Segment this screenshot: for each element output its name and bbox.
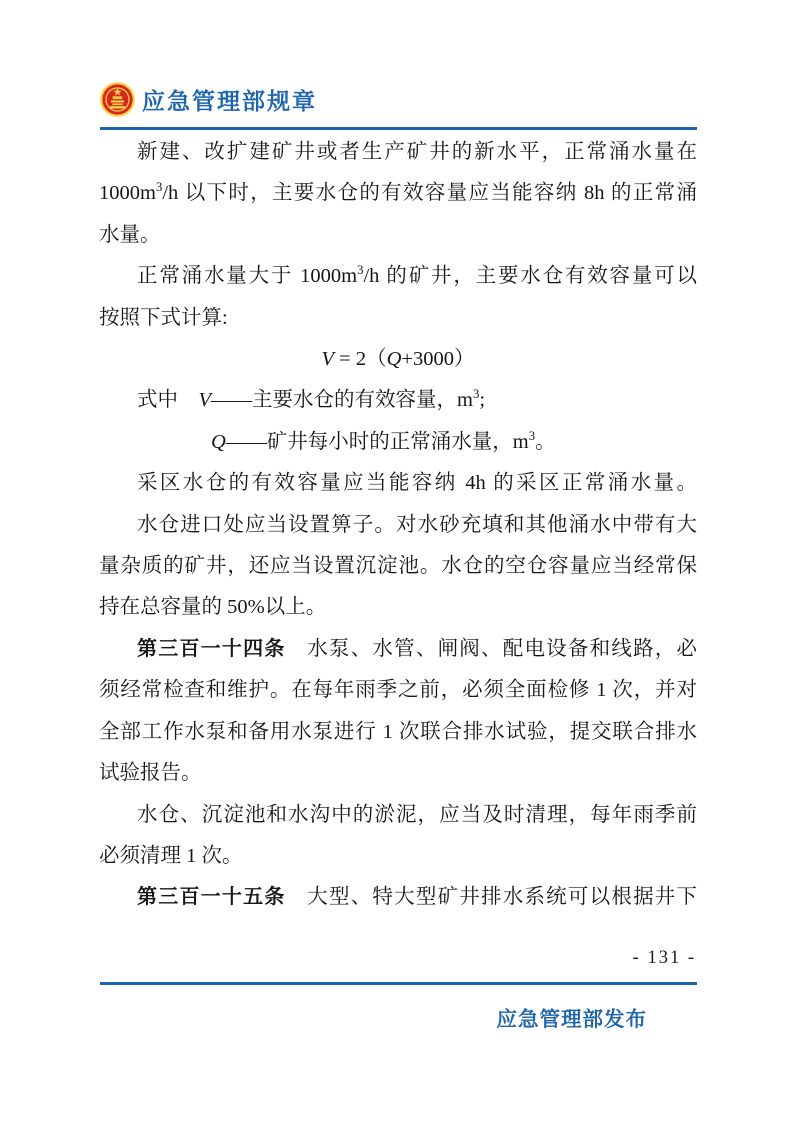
national-emblem-icon bbox=[100, 82, 135, 117]
body-lines: 新建、改扩建矿井或者生产矿井的新水平，正常涌水量在1000m3/h 以下时，主要… bbox=[99, 132, 697, 919]
body-line: 1000m3/h 以下时，主要水仓的有效容量应当能容纳 8h 的正常涌 bbox=[99, 173, 697, 214]
footer-divider-line bbox=[100, 982, 697, 985]
body-line: 须经常检查和维护。在每年雨季之前，必须全面检修 1 次，并对 bbox=[99, 670, 697, 711]
header-title: 应急管理部规章 bbox=[142, 83, 317, 116]
body-line: 第三百一十五条 大型、特大型矿井排水系统可以根据井下 bbox=[99, 877, 697, 918]
body-line: 持在总容量的 50%以上。 bbox=[99, 587, 697, 628]
body-line: 新建、改扩建矿井或者生产矿井的新水平，正常涌水量在 bbox=[99, 132, 697, 173]
body-line: 正常涌水量大于 1000m3/h 的矿井，主要水仓有效容量可以 bbox=[99, 256, 697, 297]
body-line: 必须清理 1 次。 bbox=[99, 836, 697, 877]
body-line: 水仓、沉淀池和水沟中的淤泥，应当及时清理，每年雨季前 bbox=[99, 795, 697, 836]
publisher-label: 应急管理部发布 bbox=[497, 1002, 648, 1032]
body-line: 按照下式计算: bbox=[99, 298, 697, 339]
body-line: V = 2（Q+3000） bbox=[99, 339, 697, 380]
header-divider-line bbox=[100, 127, 697, 130]
page-header: 应急管理部规章 bbox=[100, 82, 317, 117]
body-line: 全部工作水泵和备用水泵进行 1 次联合排水试验，提交联合排水 bbox=[99, 712, 697, 753]
document-page: 应急管理部规章 新建、改扩建矿井或者生产矿井的新水平，正常涌水量在1000m3/… bbox=[0, 0, 793, 1122]
body-line: 水仓进口处应当设置箅子。对水砂充填和其他涌水中带有大 bbox=[99, 505, 697, 546]
body-line: 水量。 bbox=[99, 215, 697, 256]
body-line: Q——矿井每小时的正常涌水量，m3。 bbox=[99, 422, 697, 463]
body-line: 量杂质的矿井，还应当设置沉淀池。水仓的空仓容量应当经常保 bbox=[99, 546, 697, 587]
page-number: - 131 - bbox=[633, 948, 696, 969]
body-line: 第三百一十四条 水泵、水管、闸阀、配电设备和线路，必 bbox=[99, 629, 697, 670]
body-line: 式中 V——主要水仓的有效容量，m3; bbox=[99, 380, 697, 421]
body-line: 试验报告。 bbox=[99, 753, 697, 794]
body-line: 采区水仓的有效容量应当能容纳 4h 的采区正常涌水量。 bbox=[99, 463, 697, 504]
